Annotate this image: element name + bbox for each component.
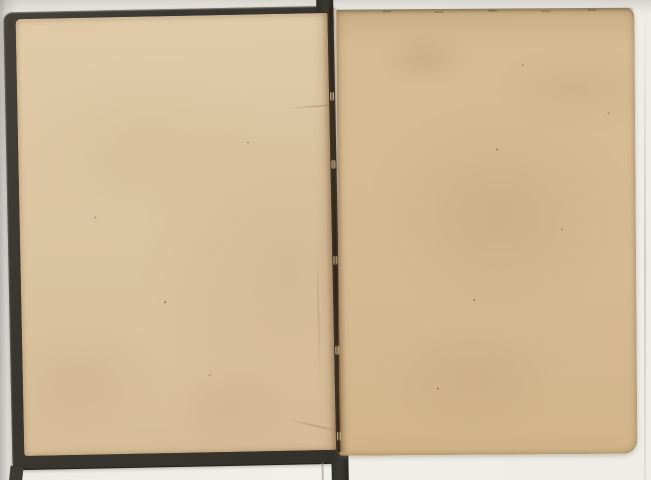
blank-page-left: [16, 13, 337, 456]
cover-corner-bottom-left: [9, 466, 24, 480]
blank-page-right: [336, 8, 637, 456]
binding-stitch: [333, 256, 337, 265]
page-torn-top-edge: [336, 8, 634, 14]
scanner-background: [0, 0, 651, 480]
binding-stitch: [331, 160, 335, 169]
binding-stitch: [335, 346, 339, 355]
page-crease: [316, 253, 320, 373]
binding-stitch: [330, 92, 334, 101]
cover-bottom-edge-line: [321, 462, 323, 480]
binding-stitch: [337, 432, 341, 441]
open-book: [0, 0, 651, 480]
